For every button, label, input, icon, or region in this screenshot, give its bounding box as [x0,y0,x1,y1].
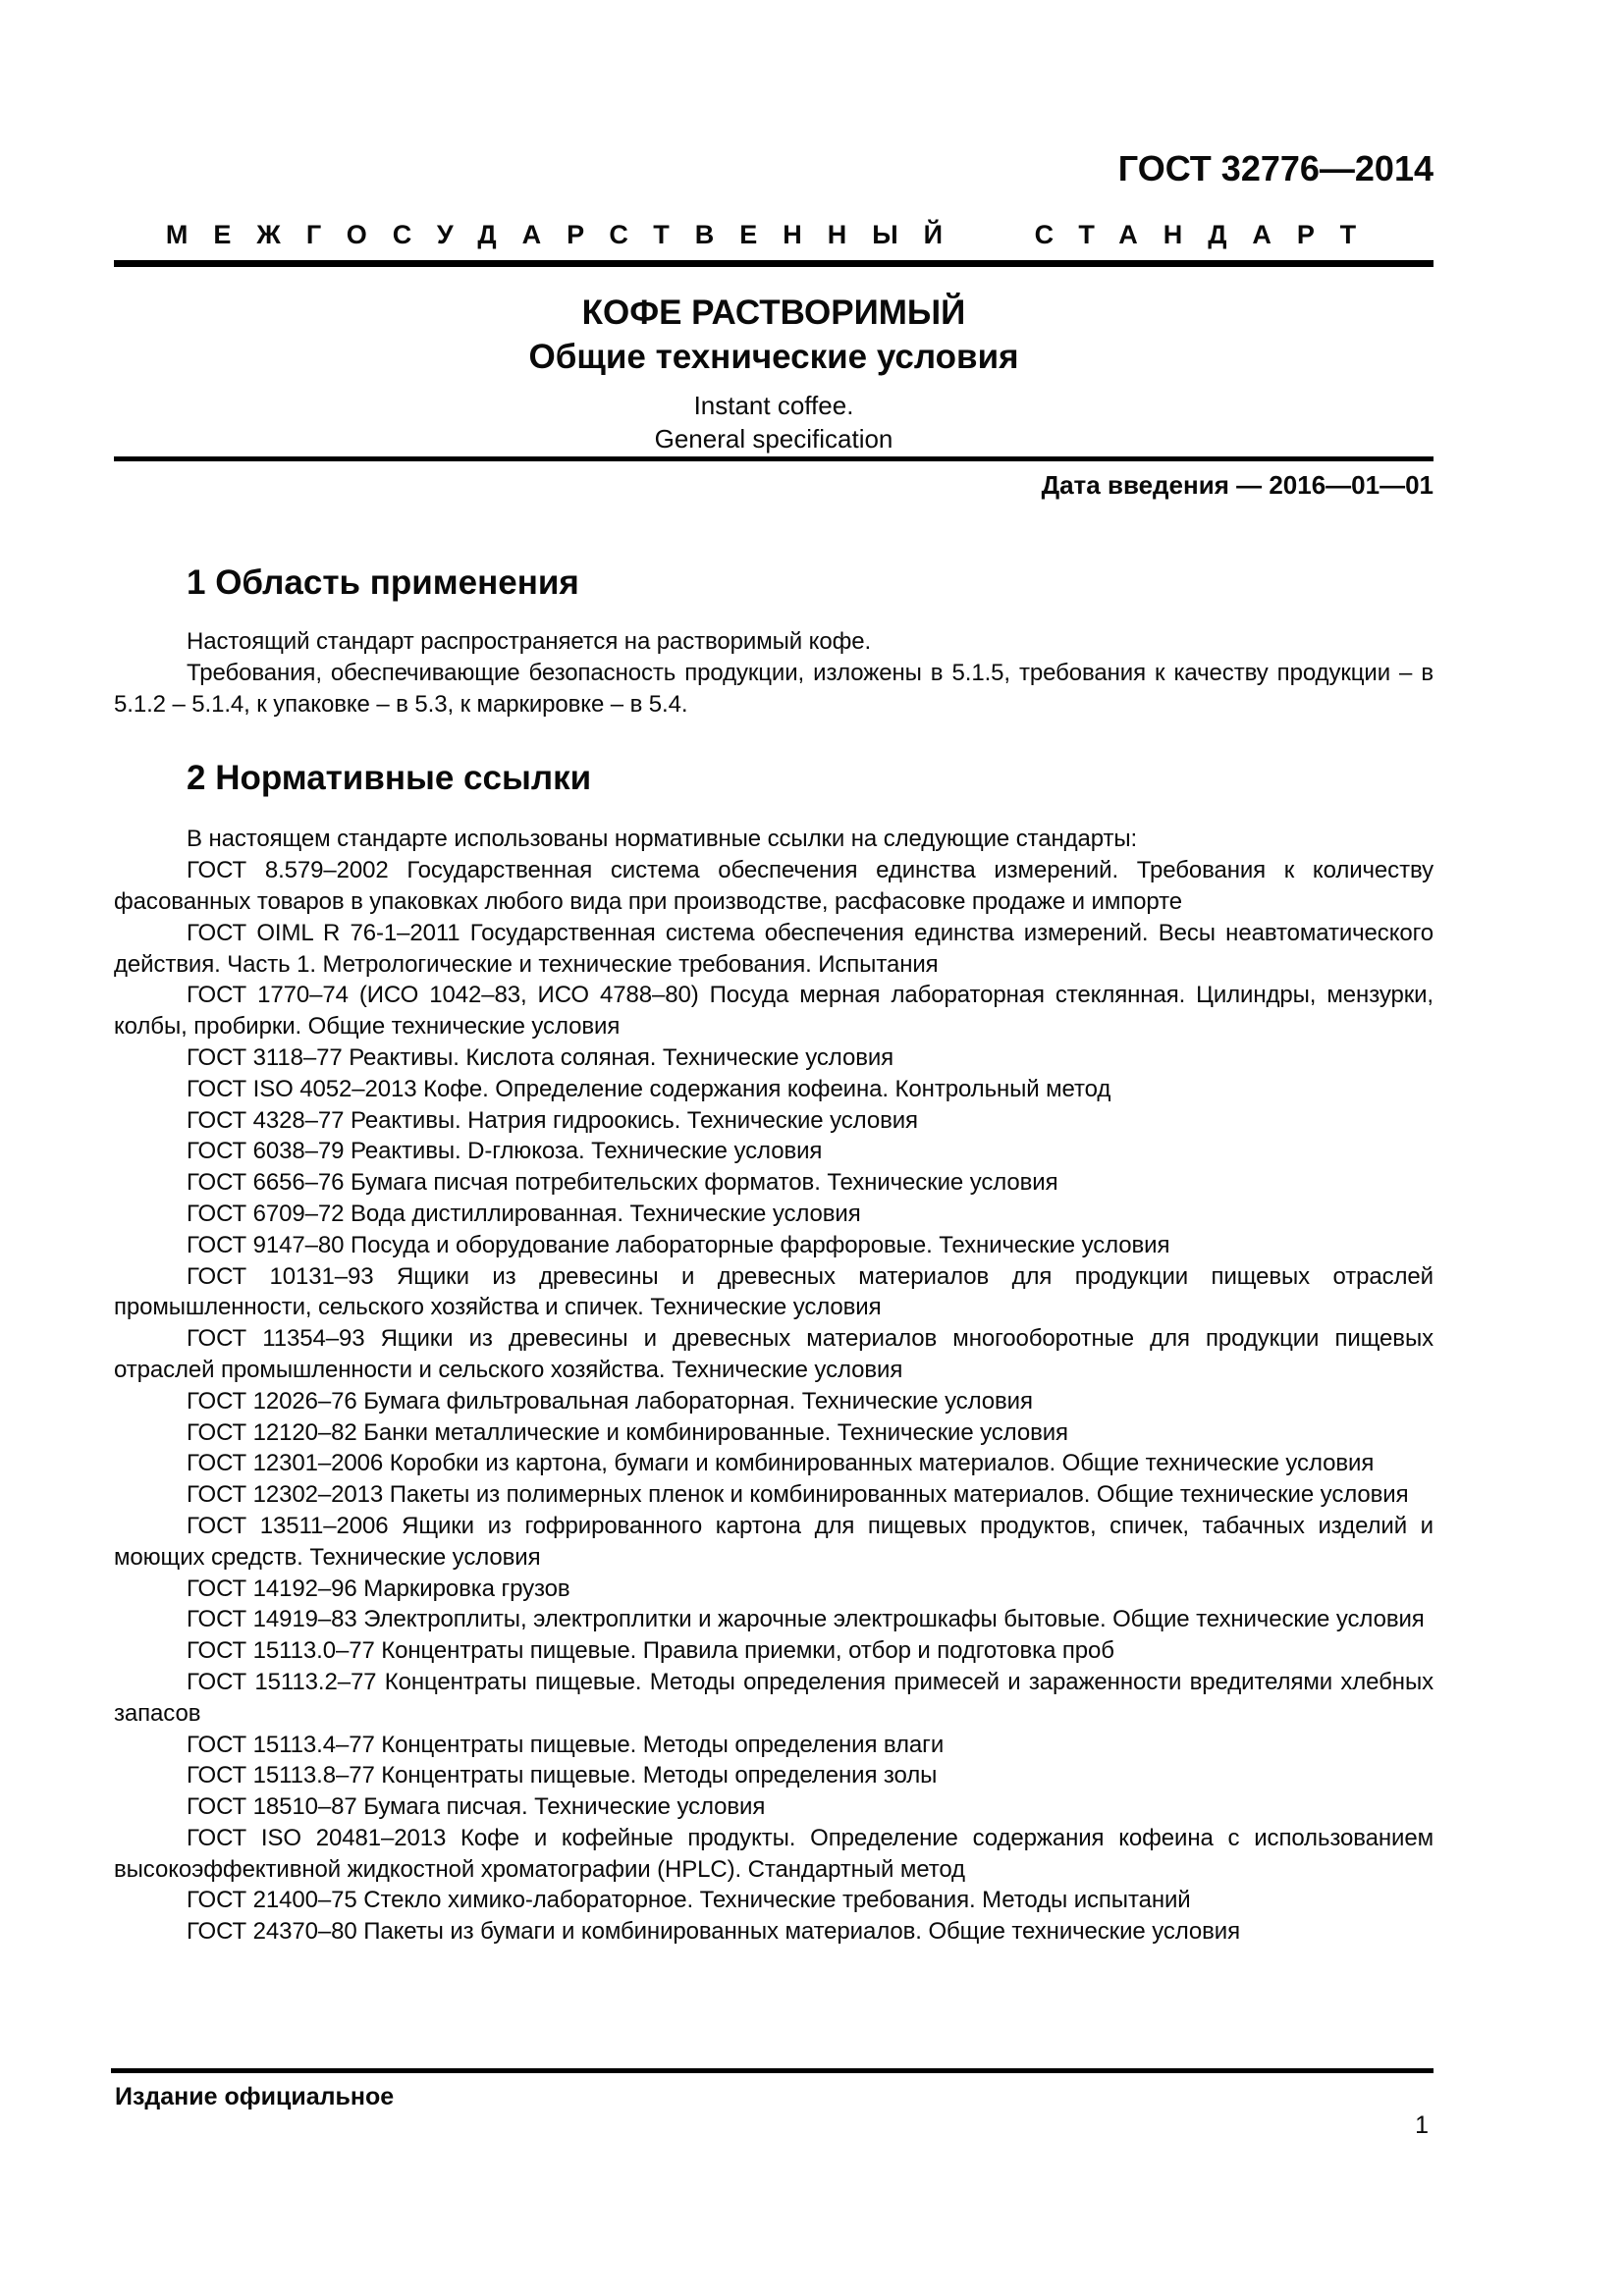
official-edition-note: Издание официальное [115,2081,394,2112]
reference-item: ГОСТ 18510–87 Бумага писчая. Технические… [114,1791,1434,1823]
document-subtitle-ru: Общие технические условия [114,336,1434,379]
paragraph: Настоящий стандарт распространяется на р… [114,626,1434,658]
section-spacer [114,720,1434,745]
reference-item: ГОСТ 14919–83 Электроплиты, электроплитк… [114,1604,1434,1635]
reference-item: ГОСТ 9147–80 Посуда и оборудование лабор… [114,1230,1434,1261]
standard-number: ГОСТ 32776—2014 [1118,149,1434,188]
reference-item: ГОСТ 15113.2–77 Концентраты пищевые. Мет… [114,1667,1434,1730]
paragraph: Требования, обеспечивающие безопасность … [114,658,1434,721]
reference-item: ГОСТ 24370–80 Пакеты из бумаги и комбини… [114,1916,1434,1948]
section-normative-references: 2 Нормативные ссылки В настоящем стандар… [114,757,1434,1948]
document-title-en: Instant coffee. General specification [114,389,1434,455]
reference-item: ГОСТ 1770–74 (ИСО 1042–83, ИСО 4788–80) … [114,980,1434,1042]
reference-list: В настоящем стандарте использованы норма… [114,824,1434,1948]
title-block: КОФЕ РАСТВОРИМЫЙ Общие технические услов… [114,291,1434,455]
title-en-line2: General specification [114,422,1434,455]
reference-item: ГОСТ 15113.0–77 Концентраты пищевые. Пра… [114,1635,1434,1667]
header-band: МЕЖГОСУДАРСТВЕННЫЙ СТАНДАРТ [114,218,1434,267]
reference-item: ГОСТ 6038–79 Реактивы. D-глюкоза. Технич… [114,1136,1434,1167]
reference-item: ГОСТ 4328–77 Реактивы. Натрия гидроокись… [114,1105,1434,1137]
footer-divider [111,2068,1434,2073]
reference-item: ГОСТ OIML R 76-1–2011 Государственная си… [114,918,1434,981]
reference-item: ГОСТ 11354–93 Ящики из древесины и древе… [114,1323,1434,1386]
section-scope-paragraphs: Настоящий стандарт распространяется на р… [114,626,1434,720]
reference-item: ГОСТ 14192–96 Маркировка грузов [114,1574,1434,1605]
reference-item: ГОСТ ISO 20481–2013 Кофе и кофейные прод… [114,1823,1434,1886]
document-page: ГОСТ 32776—2014 МЕЖГОСУДАРСТВЕННЫЙ СТАНД… [0,0,1623,2296]
section-scope: 1 Область применения Настоящий стандарт … [114,561,1434,720]
reference-item: ГОСТ ISO 4052–2013 Кофе. Определение сод… [114,1074,1434,1105]
document-title-ru: КОФЕ РАСТВОРИМЫЙ [114,291,1434,336]
section-heading-references: 2 Нормативные ссылки [187,757,1434,800]
reference-item: ГОСТ 15113.4–77 Концентраты пищевые. Мет… [114,1730,1434,1761]
reference-item: В настоящем стандарте использованы норма… [114,824,1434,855]
reference-item: ГОСТ 12026–76 Бумага фильтровальная лабо… [114,1386,1434,1417]
reference-item: ГОСТ 15113.8–77 Концентраты пищевые. Мет… [114,1760,1434,1791]
reference-item: ГОСТ 10131–93 Ящики из древесины и древе… [114,1261,1434,1324]
reference-item: ГОСТ 6709–72 Вода дистиллированная. Техн… [114,1199,1434,1230]
date-divider [114,456,1434,461]
reference-item: ГОСТ 12302–2013 Пакеты из полимерных пле… [114,1479,1434,1511]
effective-date: Дата введения — 2016—01—01 [1042,469,1434,501]
document-body: 1 Область применения Настоящий стандарт … [114,550,1434,1948]
page-number: 1 [1415,2110,1429,2140]
reference-item: ГОСТ 21400–75 Стекло химико-лабораторное… [114,1885,1434,1916]
reference-item: ГОСТ 12120–82 Банки металлические и комб… [114,1417,1434,1449]
reference-item: ГОСТ 8.579–2002 Государственная система … [114,855,1434,918]
reference-item: ГОСТ 6656–76 Бумага писчая потребительск… [114,1167,1434,1199]
reference-item: ГОСТ 13511–2006 Ящики из гофрированного … [114,1511,1434,1574]
section-heading-scope: 1 Область применения [187,561,1434,605]
reference-item: ГОСТ 3118–77 Реактивы. Кислота соляная. … [114,1042,1434,1074]
reference-item: ГОСТ 12301–2006 Коробки из картона, бума… [114,1448,1434,1479]
title-en-line1: Instant coffee. [114,389,1434,422]
